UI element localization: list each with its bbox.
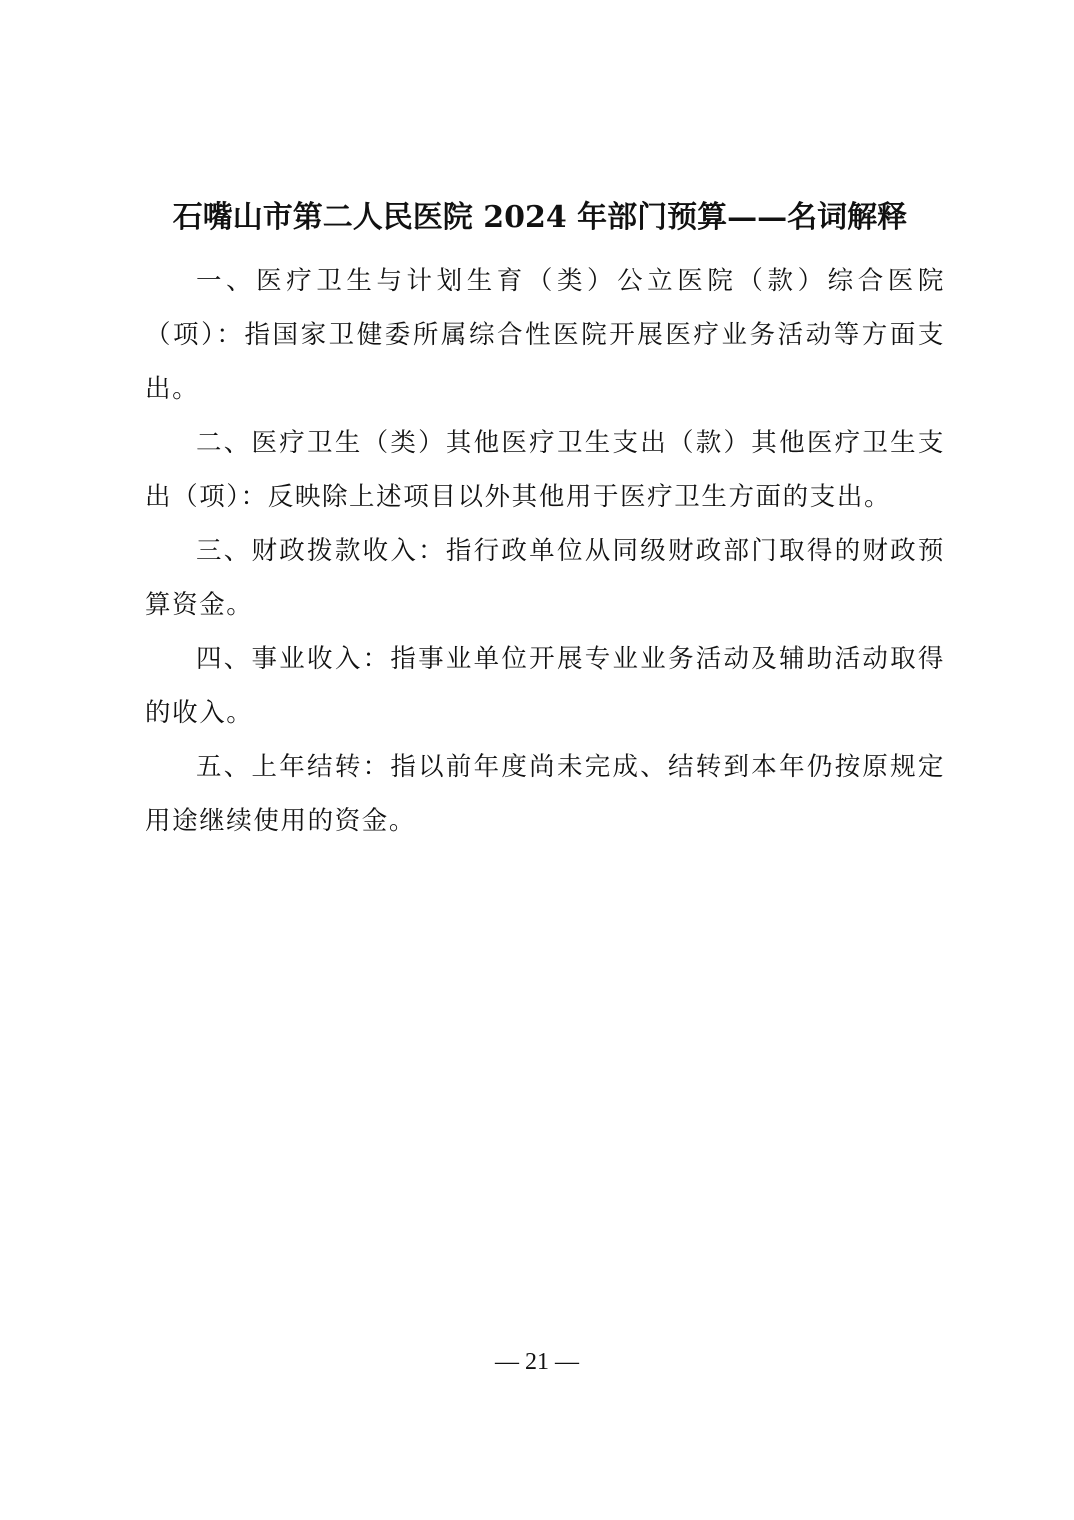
definition-paragraph-5: 五、上年结转：指以前年度尚未完成、结转到本年仍按原规定用途继续使用的资金。 xyxy=(145,740,945,848)
definition-paragraph-1: 一、医疗卫生与计划生育（类）公立医院（款）综合医院（项）：指国家卫健委所属综合性… xyxy=(145,254,945,416)
definition-paragraph-4: 四、事业收入：指事业单位开展专业业务活动及辅助活动取得的收入。 xyxy=(145,632,945,740)
document-title: 石嘴山市第二人民医院 2024 年部门预算——名词解释 xyxy=(140,196,940,240)
document-body: 一、医疗卫生与计划生育（类）公立医院（款）综合医院（项）：指国家卫健委所属综合性… xyxy=(145,254,945,848)
document-page: 石嘴山市第二人民医院 2024 年部门预算——名词解释 一、医疗卫生与计划生育（… xyxy=(0,0,1074,1520)
definition-paragraph-2: 二、医疗卫生（类）其他医疗卫生支出（款）其他医疗卫生支出（项）：反映除上述项目以… xyxy=(145,416,945,524)
definition-paragraph-3: 三、财政拨款收入：指行政单位从同级财政部门取得的财政预算资金。 xyxy=(145,524,945,632)
page-number: — 21 — xyxy=(0,1346,1074,1378)
